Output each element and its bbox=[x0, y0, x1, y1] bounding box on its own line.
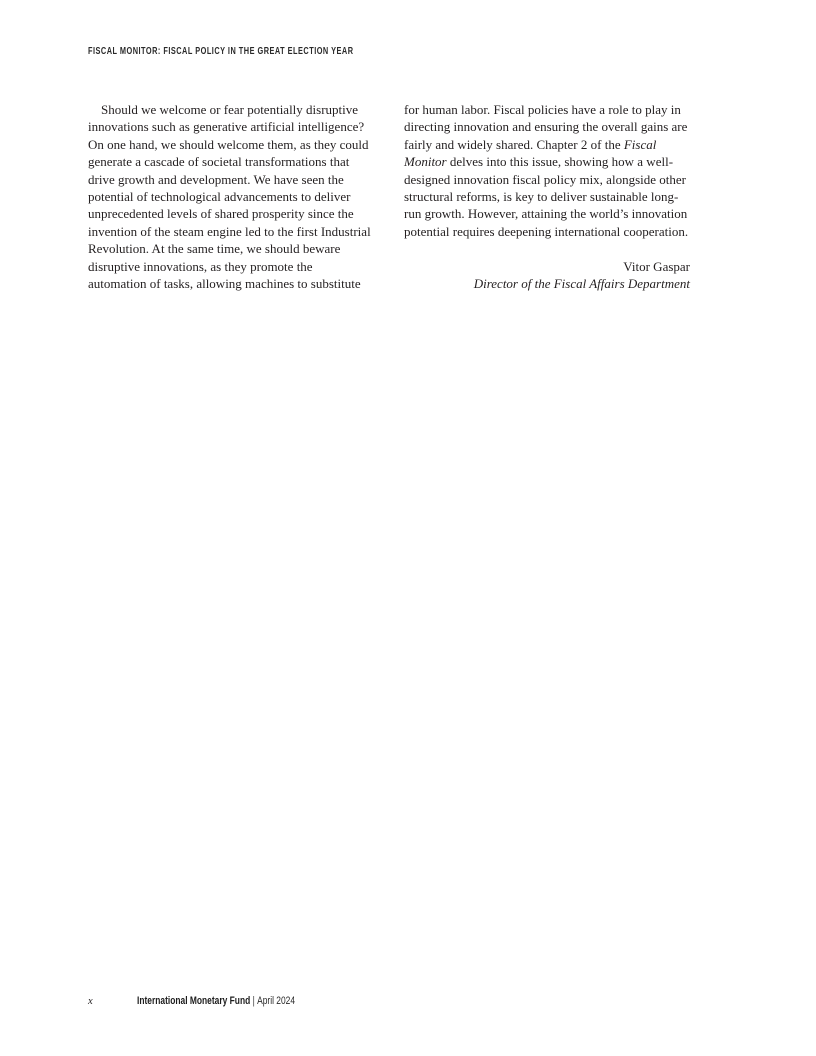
footer-separator: | bbox=[250, 995, 257, 1007]
paragraph-right-text-after: delves into this issue, showing how a we… bbox=[404, 154, 688, 239]
text-column-right: for human labor. Fiscal policies have a … bbox=[404, 101, 690, 292]
signature-name: Vitor Gaspar bbox=[404, 258, 690, 275]
page-footer: x International Monetary Fund|April 2024 bbox=[0, 995, 816, 1013]
document-page: FISCAL MONITOR: FISCAL POLICY IN THE GRE… bbox=[0, 0, 816, 1056]
text-column-left: Should we welcome or fear potentially di… bbox=[88, 101, 374, 292]
signature-block: Vitor Gaspar Director of the Fiscal Affa… bbox=[404, 258, 690, 293]
page-number: x bbox=[88, 996, 93, 1007]
paragraph-right: for human labor. Fiscal policies have a … bbox=[404, 101, 690, 240]
footer-publisher-line: International Monetary Fund|April 2024 bbox=[137, 995, 295, 1007]
signature-title: Director of the Fiscal Affairs Departmen… bbox=[404, 275, 690, 292]
page-body: Should we welcome or fear potentially di… bbox=[88, 101, 690, 292]
running-header: FISCAL MONITOR: FISCAL POLICY IN THE GRE… bbox=[88, 45, 354, 57]
paragraph-left: Should we welcome or fear potentially di… bbox=[88, 101, 374, 292]
publisher-name: International Monetary Fund bbox=[137, 995, 250, 1007]
issue-date: April 2024 bbox=[257, 995, 295, 1007]
